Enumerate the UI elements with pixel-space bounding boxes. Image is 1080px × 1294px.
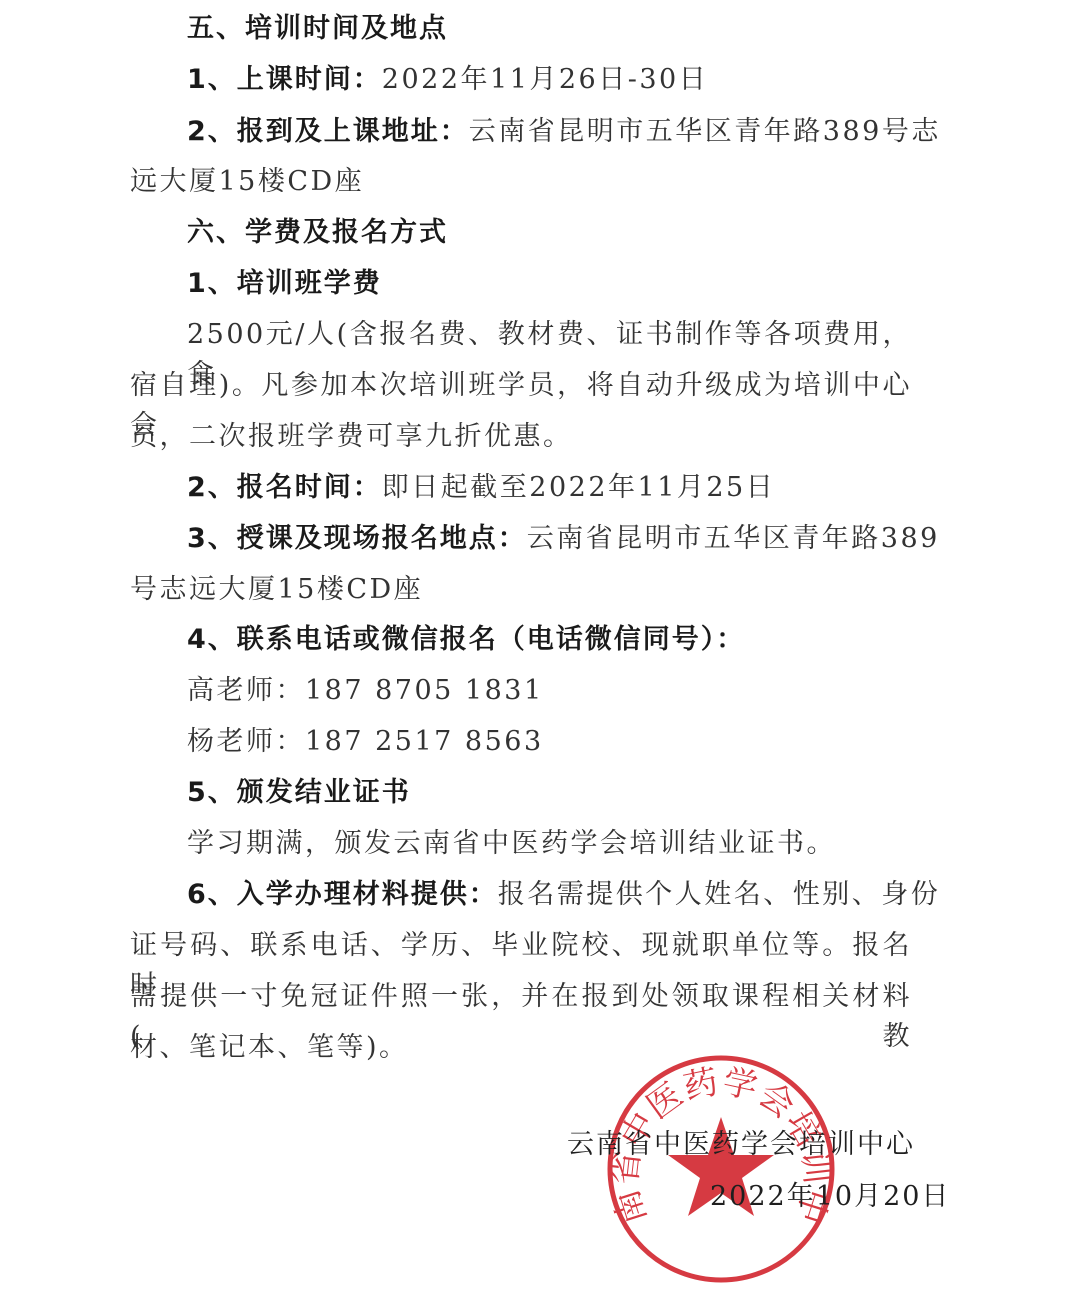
venue-label: 3、授课及现场报名地点： — [187, 523, 527, 554]
official-seal: 云南省中医药学会培训中心 — [605, 1053, 837, 1285]
registration-time-value: 即日起截至2022年11月25日 — [382, 472, 775, 503]
registration-time-line: 2、报名时间：即日起截至2022年11月25日 — [187, 468, 912, 508]
section5-heading: 五、培训时间及地点 — [187, 9, 912, 49]
address-line: 2、报到及上课地址：云南省昆明市五华区青年路389号志 — [187, 112, 912, 152]
contact-phone: 187 2517 8563 — [305, 726, 544, 757]
section6-heading: 六、学费及报名方式 — [187, 213, 912, 253]
signature-date: 2022年10月20日 — [710, 1177, 950, 1217]
contact-yang: 杨老师：187 2517 8563 — [187, 722, 912, 762]
class-time-label: 1、上课时间： — [187, 64, 382, 95]
address-continuation: 远大厦15楼CD座 — [130, 162, 912, 202]
signature-organization: 云南省中医药学会培训中心 — [567, 1125, 915, 1165]
tuition-label: 1、培训班学费 — [187, 264, 912, 304]
certificate-label: 5、颁发结业证书 — [187, 773, 912, 813]
contact-phone: 187 8705 1831 — [305, 675, 544, 706]
address-label: 2、报到及上课地址： — [187, 116, 469, 147]
class-time-line: 1、上课时间：2022年11月26日-30日 — [187, 60, 912, 100]
registration-time-label: 2、报名时间： — [187, 472, 382, 503]
document-page: 五、培训时间及地点 1、上课时间：2022年11月26日-30日 2、报到及上课… — [0, 0, 1080, 1294]
venue-line: 3、授课及现场报名地点：云南省昆明市五华区青年路389 — [187, 519, 912, 559]
materials-label: 6、入学办理材料提供： — [187, 879, 498, 910]
certificate-value: 学习期满，颁发云南省中医药学会培训结业证书。 — [187, 824, 912, 864]
contact-gao: 高老师：187 8705 1831 — [187, 671, 912, 711]
contact-name: 高老师： — [187, 675, 305, 706]
venue-value: 云南省昆明市五华区青年路389 — [527, 523, 940, 554]
materials-value: 报名需提供个人姓名、性别、身份 — [498, 879, 941, 910]
class-time-value: 2022年11月26日-30日 — [382, 64, 708, 95]
tuition-line-3: 员，二次报班学费可享九折优惠。 — [130, 417, 912, 457]
materials-line-1: 6、入学办理材料提供：报名需提供个人姓名、性别、身份 — [187, 875, 912, 915]
address-value: 云南省昆明市五华区青年路389号志 — [469, 116, 941, 147]
contact-label: 4、联系电话或微信报名（电话微信同号）： — [187, 620, 912, 660]
contact-name: 杨老师： — [187, 726, 305, 757]
venue-continuation: 号志远大厦15楼CD座 — [130, 570, 912, 610]
